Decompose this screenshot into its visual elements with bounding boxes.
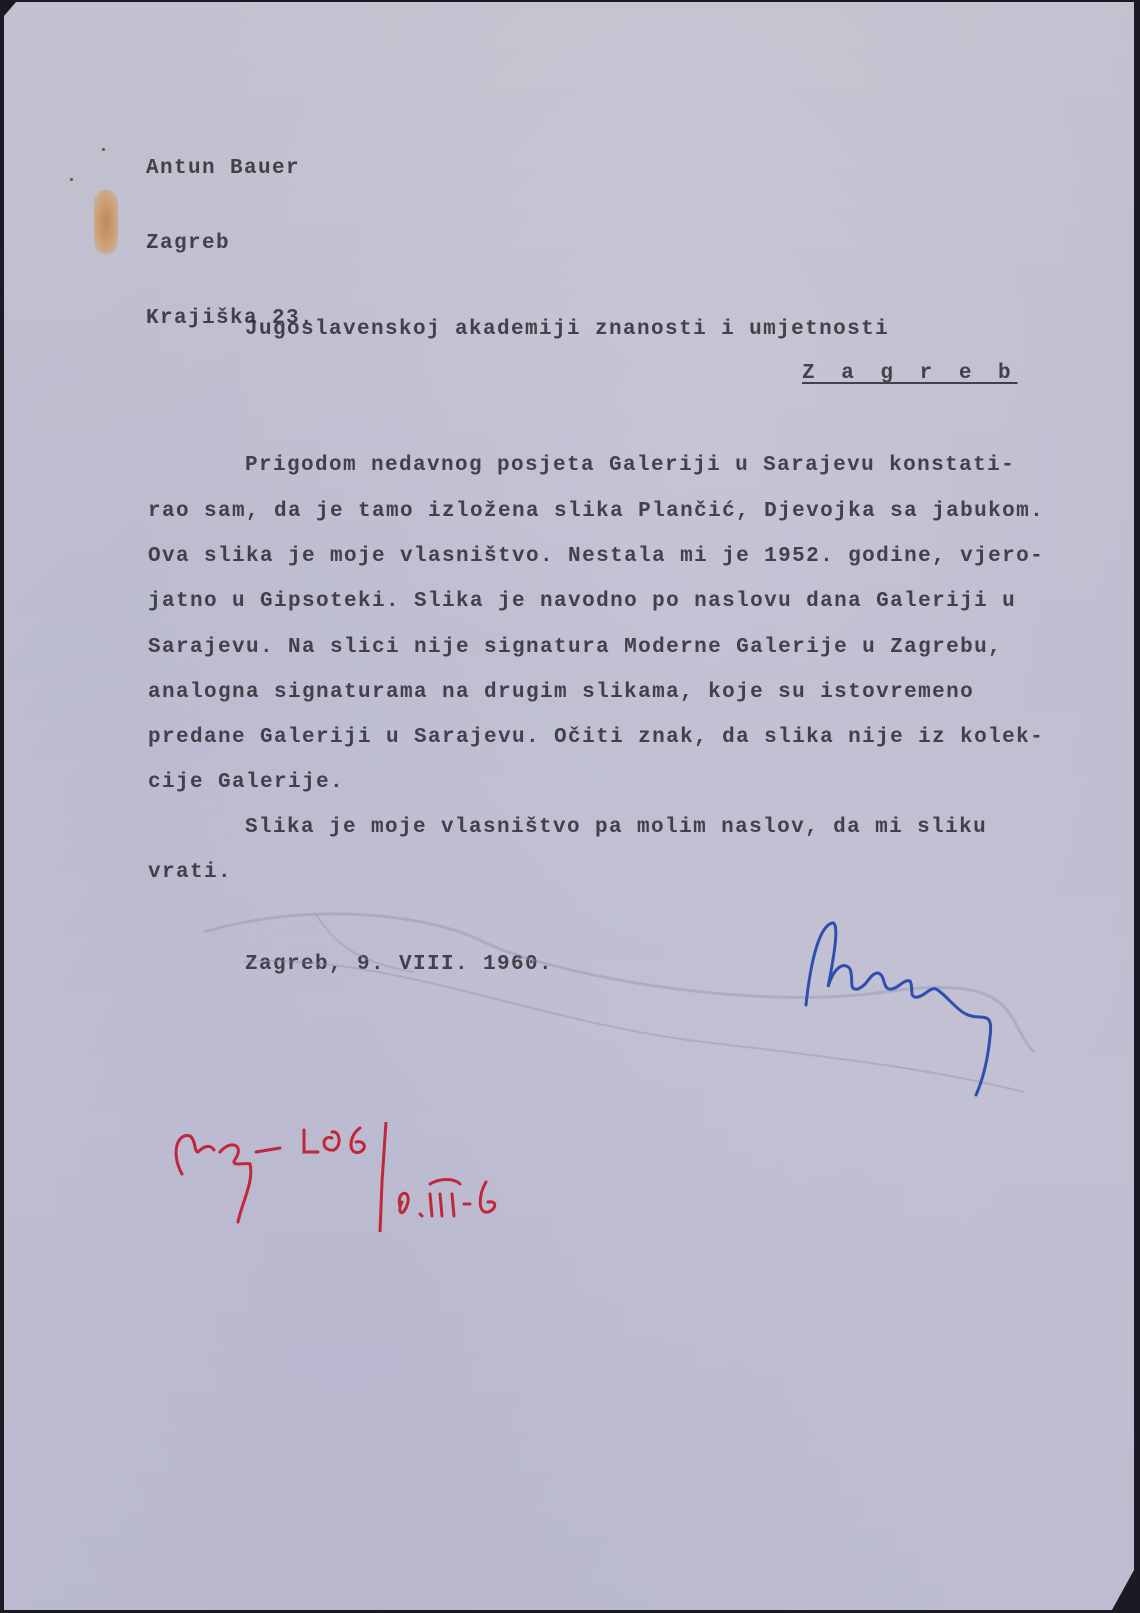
body-line: vrati. — [148, 861, 232, 884]
stain-speck — [102, 148, 105, 151]
body-line: jatno u Gipsoteki. Slika je navodno po n… — [148, 590, 1016, 613]
stain-speck — [70, 178, 73, 181]
sender-name: Antun Bauer — [146, 156, 314, 181]
body-line: Prigodom nedavnog posjeta Galeriji u Sar… — [245, 454, 1015, 477]
recipient-institution: Jugoslavenskoj akademiji znanosti i umje… — [245, 318, 889, 341]
body-line: analogna signaturama na drugim slikama, … — [148, 681, 974, 704]
sender-city: Zagreb — [146, 231, 314, 256]
recipient-city: Z a g r e b — [802, 362, 1018, 385]
body-line: rao sam, da je tamo izložena slika Planč… — [148, 500, 1044, 523]
letter-paper: Antun Bauer Zagreb Krajiška 23. Jugoslav… — [4, 2, 1134, 1610]
body-line: predane Galeriji u Sarajevu. Očiti znak,… — [148, 726, 1044, 749]
rust-stain — [94, 190, 118, 254]
body-line: cije Galerije. — [148, 771, 344, 794]
body-line: Slika je moje vlasništvo pa molim naslov… — [245, 816, 987, 839]
body-line: Ova slika je moje vlasništvo. Nestala mi… — [148, 545, 1044, 568]
body-line: Sarajevu. Na slici nije signatura Modern… — [148, 636, 1002, 659]
registry-note-handwritten — [164, 1122, 544, 1232]
handwritten-signature — [804, 917, 1004, 1097]
